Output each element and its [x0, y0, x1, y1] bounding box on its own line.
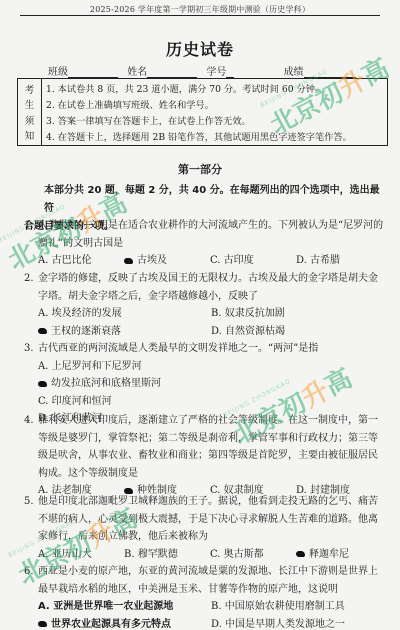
- option-a[interactable]: A. 古巴比伦: [38, 252, 124, 270]
- option-c[interactable]: C. 印度河和恒河: [38, 393, 378, 411]
- answer-mark-icon: [38, 621, 47, 627]
- name-field[interactable]: 姓名: [127, 63, 197, 78]
- option-b[interactable]: B. 中国原始农耕使用磨制工具: [211, 598, 384, 616]
- student-info-fields: 班级 姓名 学号 成绩: [48, 63, 362, 78]
- option-a[interactable]: A. 上尼罗河和下尼罗河: [38, 358, 378, 376]
- class-field[interactable]: 班级: [48, 63, 118, 78]
- option-b-marked[interactable]: 幼发拉底河和底格里斯河: [38, 375, 378, 393]
- option-b[interactable]: B. 穆罕默德: [124, 546, 210, 564]
- header-rule: [20, 15, 380, 16]
- exam-title: 历史试卷: [0, 37, 400, 60]
- option-a[interactable]: A. 埃及经济的发展: [38, 305, 211, 323]
- option-c-marked[interactable]: 世界农业起源具有多元特点: [38, 616, 211, 630]
- notice-item: 3. 答案一律填写在答题卡上，在试卷上作答无效。: [46, 113, 383, 127]
- option-d[interactable]: D. 自然资源枯竭: [211, 323, 384, 341]
- notice-side-label: 考 生 须 知: [18, 79, 42, 145]
- option-b[interactable]: B. 奴隶反抗加剧: [211, 305, 384, 323]
- notice-list: 1. 本试卷共 8 页，共 23 道小题，满分 70 分。考试时间 60 分钟。…: [42, 79, 387, 145]
- question-2: 2.金字塔的修建，反映了古埃及国王的无限权力。古埃及最大的金字塔是胡夫金字塔。胡…: [24, 270, 384, 340]
- options: A. 古巴比伦 古埃及 C. 古印度 D. 古希腊: [24, 252, 384, 270]
- question-4: 4.雅利安人进入印度后，逐渐建立了严格的社会等级制度。在这一制度中，第一等级是婆…: [24, 412, 384, 500]
- answer-mark-icon: [124, 258, 133, 264]
- options: A. 亚历山大 B. 穆罕默德 C. 奥古斯都 释迦牟尼: [24, 546, 384, 564]
- option-b-marked[interactable]: 古埃及: [124, 252, 210, 270]
- exam-page: 2025-2026 学年度第一学期初三年级期中测验（历史学科） 历史试卷 班级 …: [0, 0, 400, 630]
- option-d[interactable]: D. 古希腊: [296, 252, 382, 270]
- options: A. 埃及经济的发展 B. 奴隶反抗加剧 王权的逐渐衰落 D. 自然资源枯竭: [24, 305, 384, 340]
- score-field[interactable]: 成绩: [284, 63, 356, 78]
- option-a[interactable]: A. 亚洲是世界唯一农业起源地: [38, 598, 211, 616]
- question-1: 1.人类最早的文明是在适合农业耕作的大河流域产生的。下列被认为是“尼罗河的赠礼”…: [24, 217, 384, 270]
- notice-item: 2. 在试卷上准确填写班级、姓名和学号。: [46, 97, 383, 111]
- exam-notice-box: 考 生 须 知 1. 本试卷共 8 页，共 23 道小题，满分 70 分。考试时…: [17, 78, 388, 146]
- student-id-field[interactable]: 学号: [206, 63, 234, 78]
- answer-mark-icon: [38, 328, 47, 334]
- notice-item: 4. 在答题卡上，选择题用 2B 铅笔作答，其他试题用黑色字迹签字笔作答。: [46, 129, 383, 143]
- answer-mark-icon: [38, 381, 47, 387]
- option-c-marked[interactable]: 王权的逐渐衰落: [38, 323, 211, 341]
- notice-item: 1. 本试卷共 8 页，共 23 道小题，满分 70 分。考试时间 60 分钟。: [46, 81, 383, 95]
- answer-mark-icon: [296, 551, 305, 557]
- option-c[interactable]: C. 古印度: [210, 252, 296, 270]
- option-d[interactable]: D. 中国是早期人类发源地之一: [211, 616, 384, 630]
- option-c[interactable]: C. 奥古斯都: [210, 546, 296, 564]
- options: A. 亚洲是世界唯一农业起源地 B. 中国原始农耕使用磨制工具 世界农业起源具有…: [24, 598, 384, 630]
- option-d-marked[interactable]: 释迦牟尼: [296, 546, 382, 564]
- question-6: 6.西亚是小麦的原产地，东亚的黄河流域是粟的发源地、长江中下游则是世界上最早栽培…: [24, 563, 384, 630]
- option-a[interactable]: A. 亚历山大: [38, 546, 124, 564]
- question-5: 5.他是印度北部迦毗罗卫城释迦族的王子。据说，他看到走投无路的乞丐、痛苦不堪的病…: [24, 493, 384, 563]
- section-title: 第一部分: [0, 161, 400, 177]
- running-header: 2025-2026 学年度第一学期初三年级期中测验（历史学科）: [0, 4, 400, 15]
